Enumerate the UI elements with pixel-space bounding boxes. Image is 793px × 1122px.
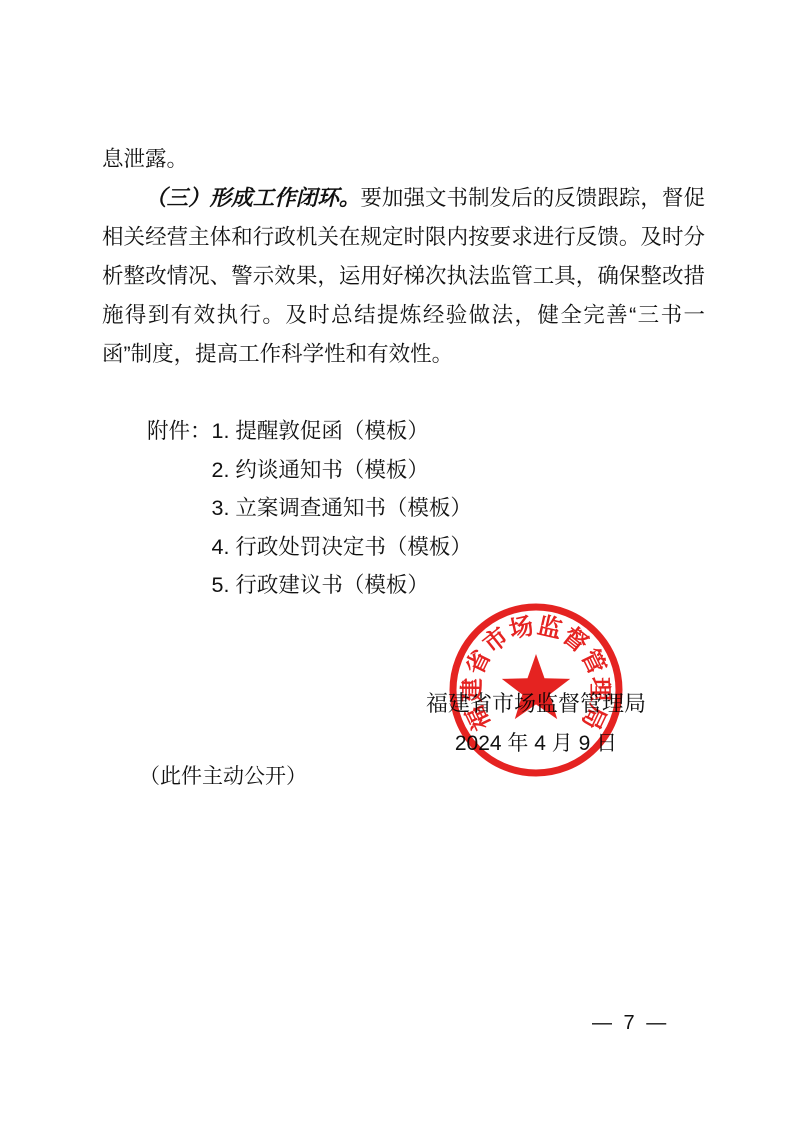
attachments-block: 附件： 1. 提醒敦促函（模板） 2. 约谈通知书（模板） 3. 立案调查通知书… — [147, 412, 472, 605]
attachment-item: 4. 行政处罚决定书（模板） — [212, 528, 472, 567]
attachment-item: 5. 行政建议书（模板） — [212, 566, 472, 605]
attachment-item: 3. 立案调查通知书（模板） — [212, 489, 472, 528]
publicity-note: （此件主动公开） — [139, 760, 307, 790]
attachments-label: 附件： — [147, 412, 212, 605]
page-number: — 7 — — [592, 1012, 669, 1035]
signature-organization: 福建省市场监督管理局 — [426, 687, 646, 718]
section-three-body: 要加强文书制发后的反馈跟踪，督促相关经营主体和行政机关在规定时限内按要求进行反馈… — [102, 186, 705, 366]
attachments-list: 1. 提醒敦促函（模板） 2. 约谈通知书（模板） 3. 立案调查通知书（模板）… — [212, 412, 472, 605]
section-three-heading: （三）形成工作闭环。 — [145, 186, 360, 210]
paragraph-section-three: （三）形成工作闭环。要加强文书制发后的反馈跟踪，督促相关经营主体和行政机关在规定… — [102, 179, 705, 374]
paragraph-continuation: 息泄露。 — [102, 140, 705, 179]
body-text-block: 息泄露。 （三）形成工作闭环。要加强文书制发后的反馈跟踪，督促相关经营主体和行政… — [102, 140, 705, 374]
attachment-item: 1. 提醒敦促函（模板） — [212, 412, 472, 451]
document-page: 息泄露。 （三）形成工作闭环。要加强文书制发后的反馈跟踪，督促相关经营主体和行政… — [0, 0, 793, 1122]
attachment-item: 2. 约谈通知书（模板） — [212, 451, 472, 490]
signature-date: 2024 年 4 月 9 日 — [426, 727, 646, 757]
